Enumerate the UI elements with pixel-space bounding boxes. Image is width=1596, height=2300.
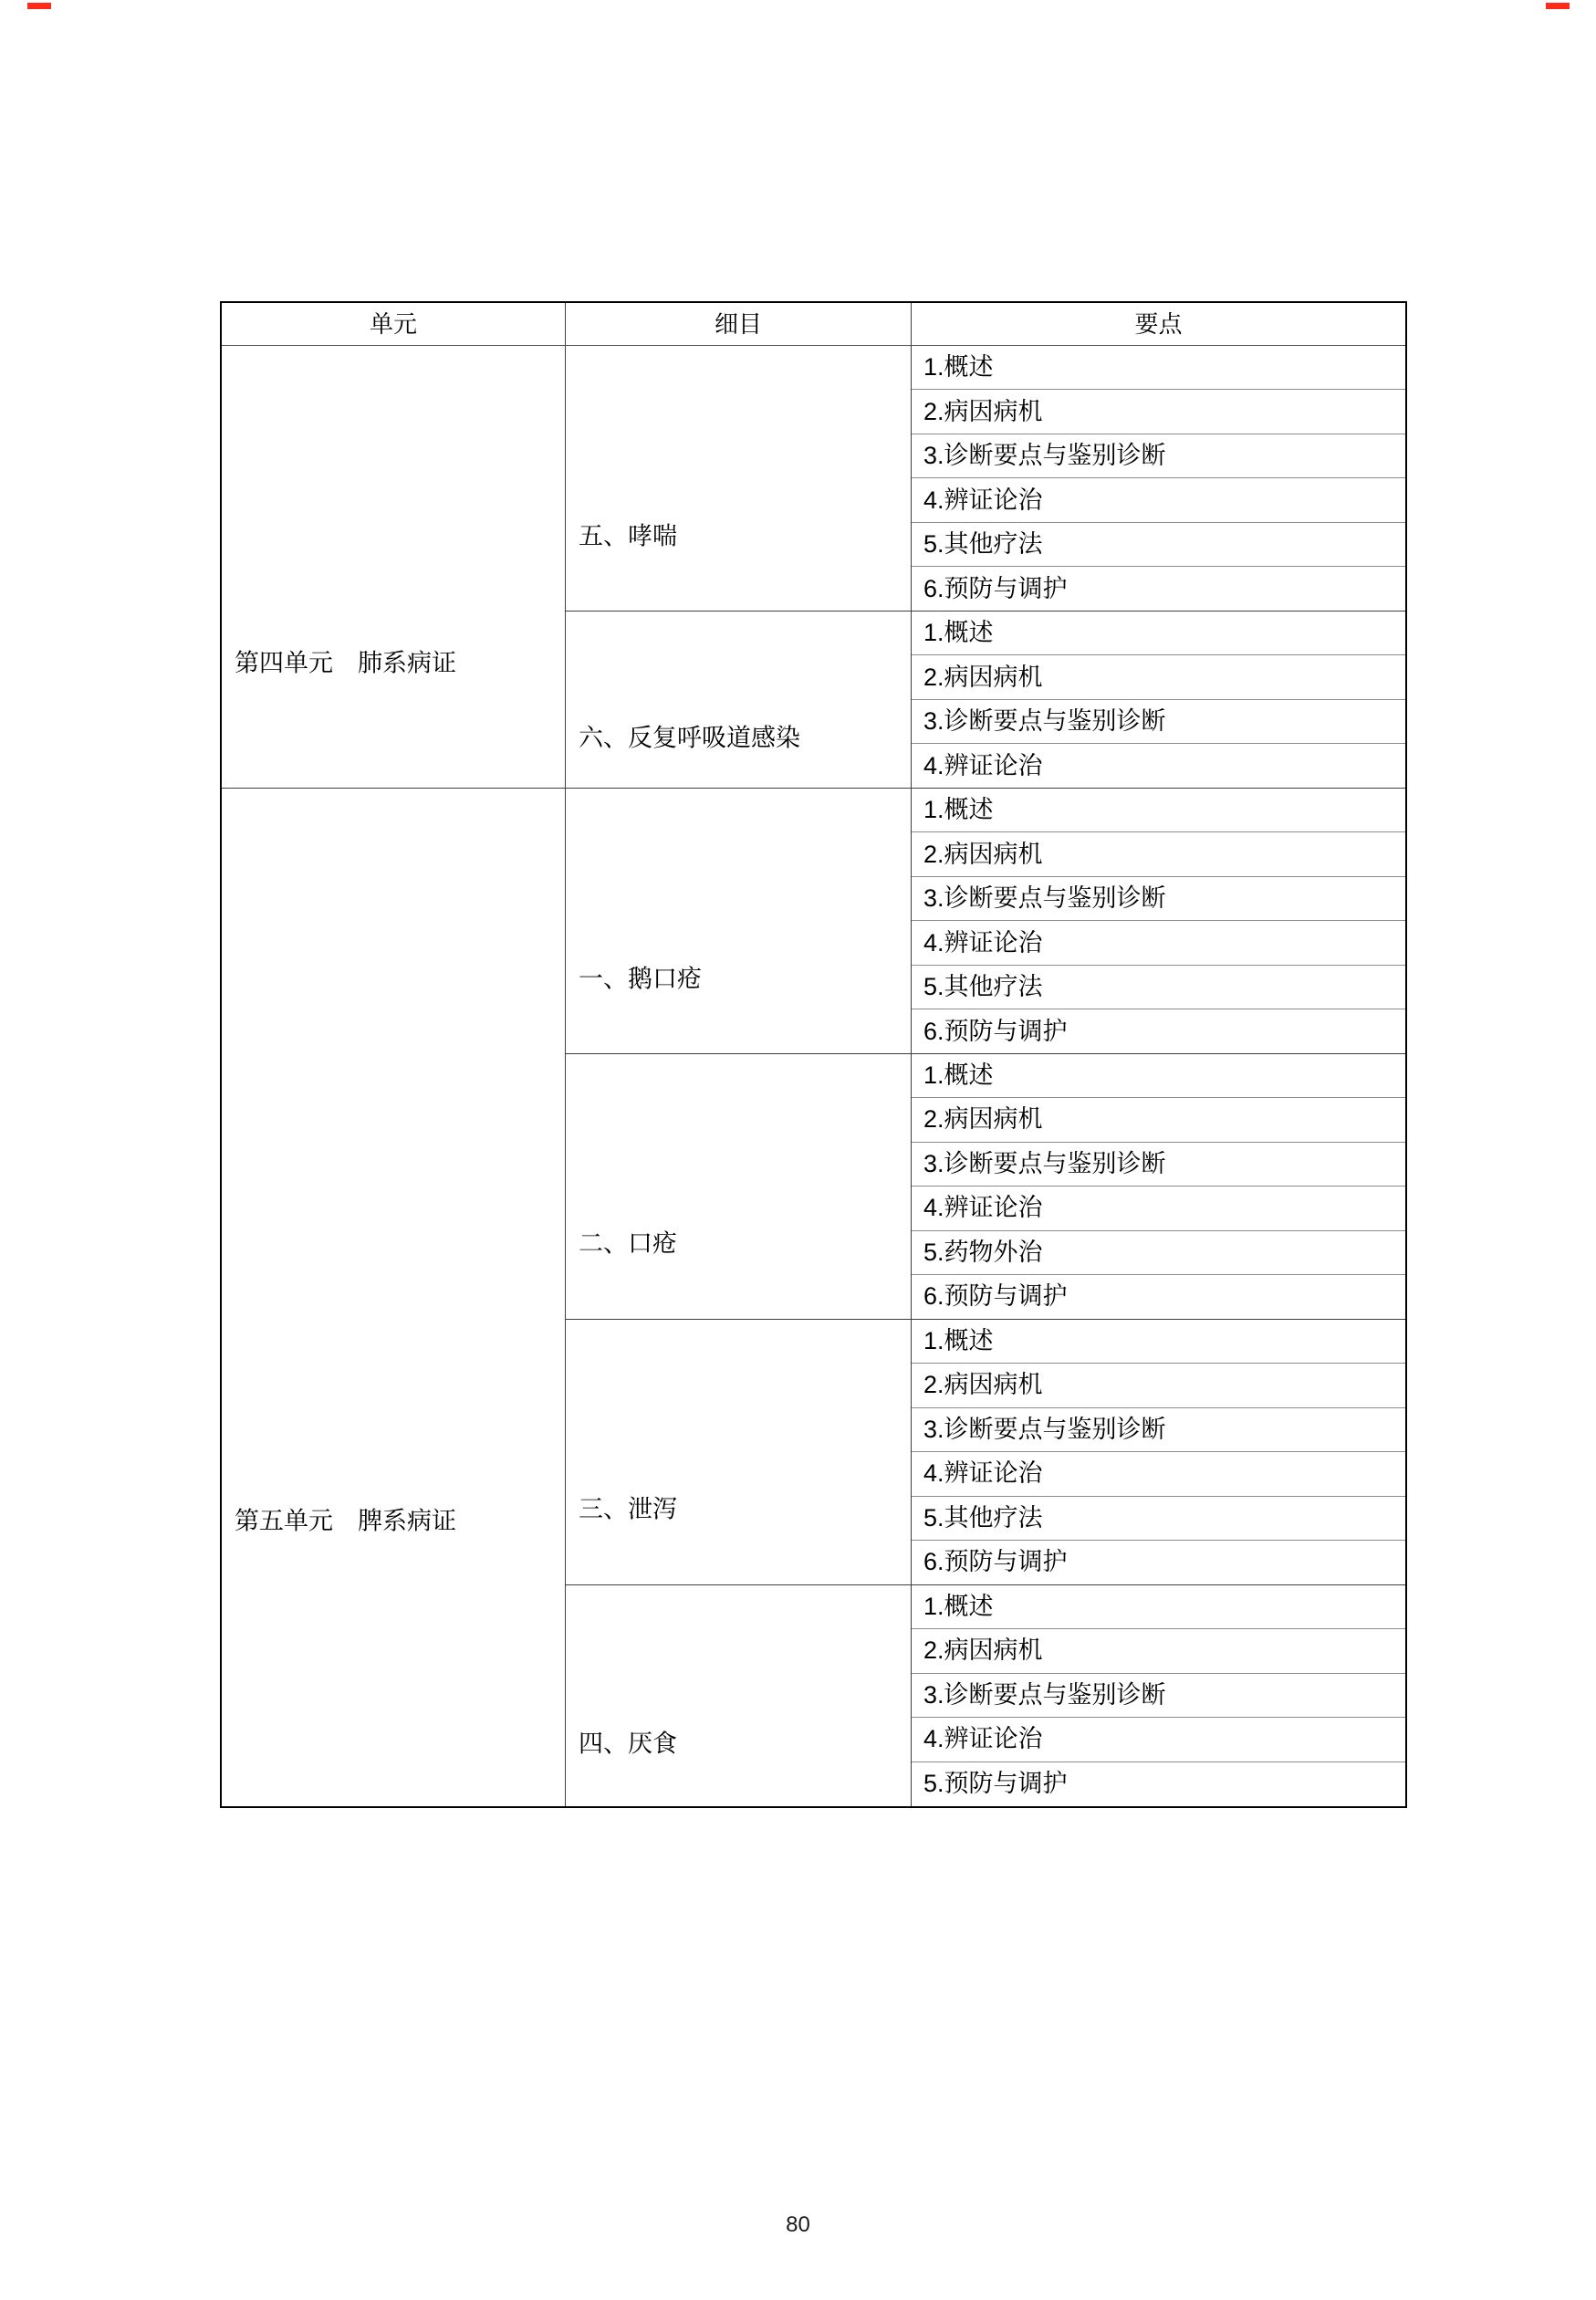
unit-4-label: 第四单元 肺系病证 — [235, 652, 456, 676]
point-cell: 1.概述 — [912, 1320, 1405, 1364]
point-cell: 3.诊断要点与鉴别诊断 — [912, 700, 1405, 744]
column-header-item-label: 细目 — [715, 312, 762, 336]
section-cell-asthma: 五、哮喘 — [566, 346, 912, 612]
point-cell: 5.其他疗法 — [912, 966, 1405, 1009]
unit-5-label: 第五单元 脾系病证 — [235, 1509, 456, 1533]
point-cell: 3.诊断要点与鉴别诊断 — [912, 1143, 1405, 1187]
section-recurrent-infection-label: 六、反复呼吸道感染 — [579, 726, 800, 750]
point-cell: 6.预防与调护 — [912, 1275, 1405, 1319]
section-diarrhea-label: 三、泄泻 — [579, 1498, 677, 1522]
section-cell-diarrhea: 三、泄泻 — [566, 1320, 912, 1585]
point-cell: 3.诊断要点与鉴别诊断 — [912, 877, 1405, 921]
section-mouth-ulcer-label: 二、口疮 — [579, 1232, 677, 1257]
section-asthma-label: 五、哮喘 — [579, 524, 677, 549]
point-cell: 4.辨证论治 — [912, 744, 1405, 788]
point-cell: 5.药物外治 — [912, 1231, 1405, 1275]
point-cell: 6.预防与调护 — [912, 1009, 1405, 1053]
unit-cell-4: 第四单元 肺系病证 — [222, 346, 566, 789]
point-cell: 3.诊断要点与鉴别诊断 — [912, 1674, 1405, 1718]
point-cell: 1.概述 — [912, 346, 1405, 390]
red-corner-mark-right — [1546, 3, 1570, 9]
column-header-unit: 单元 — [222, 303, 566, 346]
point-cell: 5.其他疗法 — [912, 523, 1405, 567]
section-thrush-label: 一、鹅口疮 — [579, 967, 702, 991]
point-cell: 4.辨证论治 — [912, 478, 1405, 522]
point-cell: 2.病因病机 — [912, 832, 1405, 876]
point-cell: 1.概述 — [912, 1054, 1405, 1098]
section-cell-mouth-ulcer: 二、口疮 — [566, 1054, 912, 1320]
point-cell: 5.其他疗法 — [912, 1497, 1405, 1541]
document-page: { "page": { "number": "80" }, "table": {… — [0, 0, 1596, 2300]
section-cell-recurrent-infection: 六、反复呼吸道感染 — [566, 612, 912, 789]
syllabus-table: 单元 细目 要点 第四单元 肺系病证 第五单元 脾系病证 五、哮喘 六、反复呼吸… — [220, 301, 1407, 1808]
point-cell: 1.概述 — [912, 612, 1405, 655]
unit-cell-5: 第五单元 脾系病证 — [222, 789, 566, 1806]
point-cell: 4.辨证论治 — [912, 1452, 1405, 1496]
point-cell: 2.病因病机 — [912, 1364, 1405, 1407]
page-number: 80 — [786, 2212, 810, 2238]
point-cell: 1.概述 — [912, 1585, 1405, 1629]
point-cell: 4.辨证论治 — [912, 1718, 1405, 1762]
point-cell: 3.诊断要点与鉴别诊断 — [912, 434, 1405, 478]
column-header-points: 要点 — [912, 303, 1405, 346]
point-cell: 6.预防与调护 — [912, 1541, 1405, 1584]
column-header-item: 细目 — [566, 303, 912, 346]
point-cell: 5.预防与调护 — [912, 1762, 1405, 1806]
column-header-points-label: 要点 — [1134, 312, 1182, 336]
point-cell: 6.预防与调护 — [912, 567, 1405, 611]
section-cell-anorexia: 四、厌食 — [566, 1585, 912, 1806]
point-cell: 2.病因病机 — [912, 390, 1405, 434]
point-cell: 2.病因病机 — [912, 1629, 1405, 1673]
red-corner-mark-left — [27, 3, 51, 9]
point-cell: 3.诊断要点与鉴别诊断 — [912, 1408, 1405, 1452]
point-cell: 4.辨证论治 — [912, 1187, 1405, 1230]
point-cell: 4.辨证论治 — [912, 921, 1405, 965]
point-cell: 2.病因病机 — [912, 1098, 1405, 1142]
section-cell-thrush: 一、鹅口疮 — [566, 789, 912, 1054]
point-cell: 1.概述 — [912, 789, 1405, 832]
column-header-unit-label: 单元 — [370, 312, 417, 336]
point-cell: 2.病因病机 — [912, 655, 1405, 699]
section-anorexia-label: 四、厌食 — [579, 1732, 677, 1757]
